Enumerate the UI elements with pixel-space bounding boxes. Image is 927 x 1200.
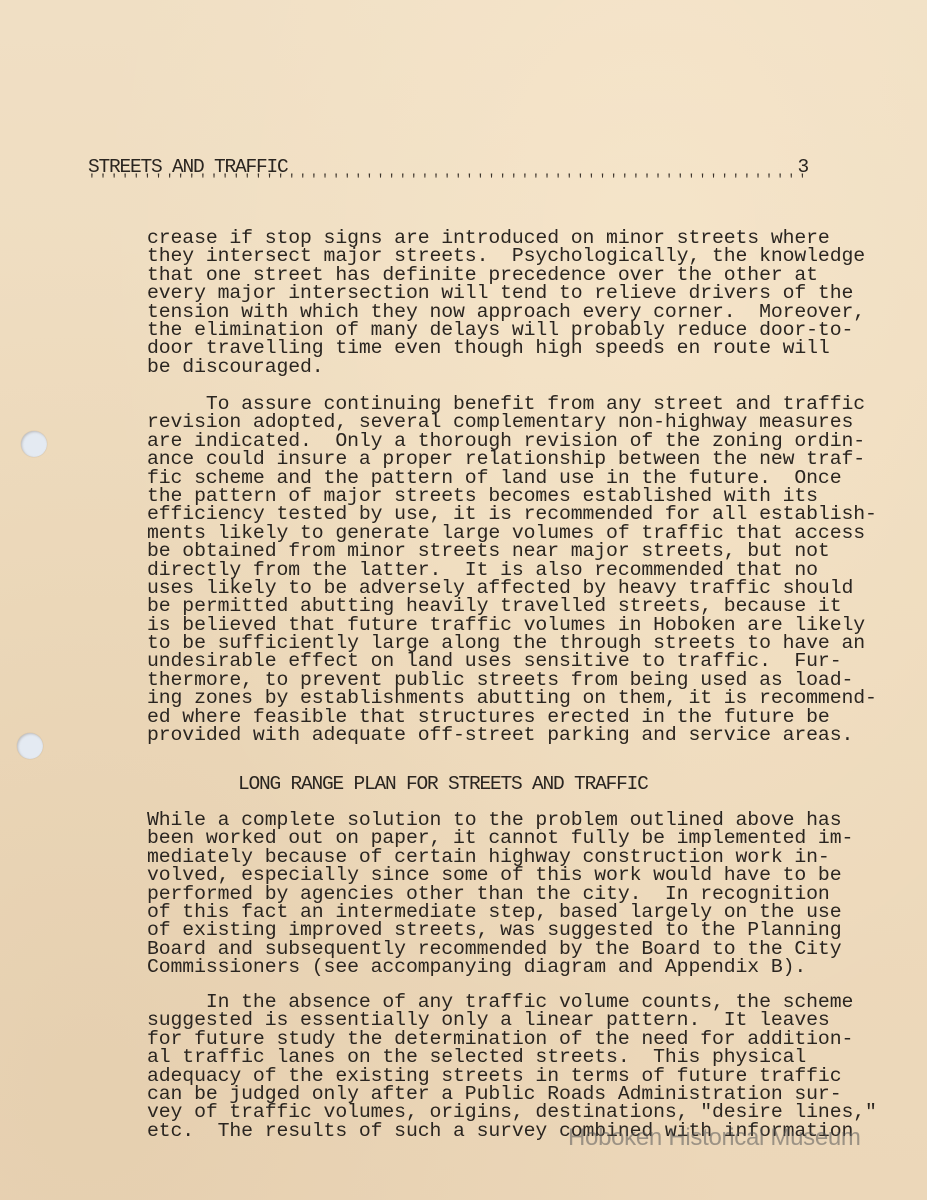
paragraph-complementary-measures: To assure continuing benefit from any st…: [147, 395, 847, 744]
text-line: ance could insure a proper relationship …: [147, 450, 847, 468]
text-line: be discouraged.: [147, 358, 847, 376]
text-line: Commissioners (see accompanying diagram …: [147, 958, 847, 976]
text-line: vey of traffic volumes, origins, destina…: [147, 1103, 847, 1121]
paragraph-long-range-plan: While a complete solution to the problem…: [147, 811, 847, 977]
text-line: every major intersection will tend to re…: [147, 284, 847, 302]
punch-hole-lower: [17, 733, 43, 759]
text-line: of existing improved streets, was sugges…: [147, 921, 847, 939]
text-line: volved, especially since some of this wo…: [147, 866, 847, 884]
punch-hole-upper: [21, 431, 47, 457]
paragraph-traffic-counts: In the absence of any traffic volume cou…: [147, 993, 847, 1140]
text-line: be obtained from minor streets near majo…: [147, 542, 847, 560]
section-heading: LONG RANGE PLAN FOR STREETS AND TRAFFIC: [238, 773, 648, 795]
text-line: provided with adequate off-street parkin…: [147, 726, 847, 744]
paragraph-continuation: crease if stop signs are introduced on m…: [147, 229, 847, 376]
text-line: door travelling time even though high sp…: [147, 339, 847, 357]
text-line: ing zones by establishments abutting on …: [147, 689, 847, 707]
text-line: al traffic lanes on the selected streets…: [147, 1048, 847, 1066]
museum-watermark: Hoboken Historical Museum: [568, 1124, 861, 1152]
text-line: be permitted abutting heavily travelled …: [147, 597, 847, 615]
text-line: efficiency tested by use, it is recommen…: [147, 505, 847, 523]
typed-header-rule: ''''''''''''''''''''''''''''''''''''''''…: [88, 172, 808, 186]
